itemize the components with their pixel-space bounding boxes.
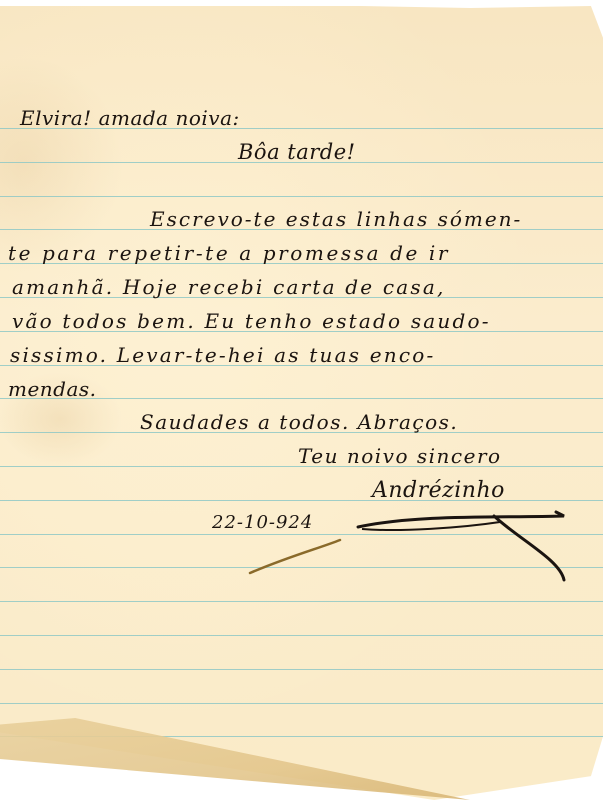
signature-flourish — [0, 0, 614, 800]
